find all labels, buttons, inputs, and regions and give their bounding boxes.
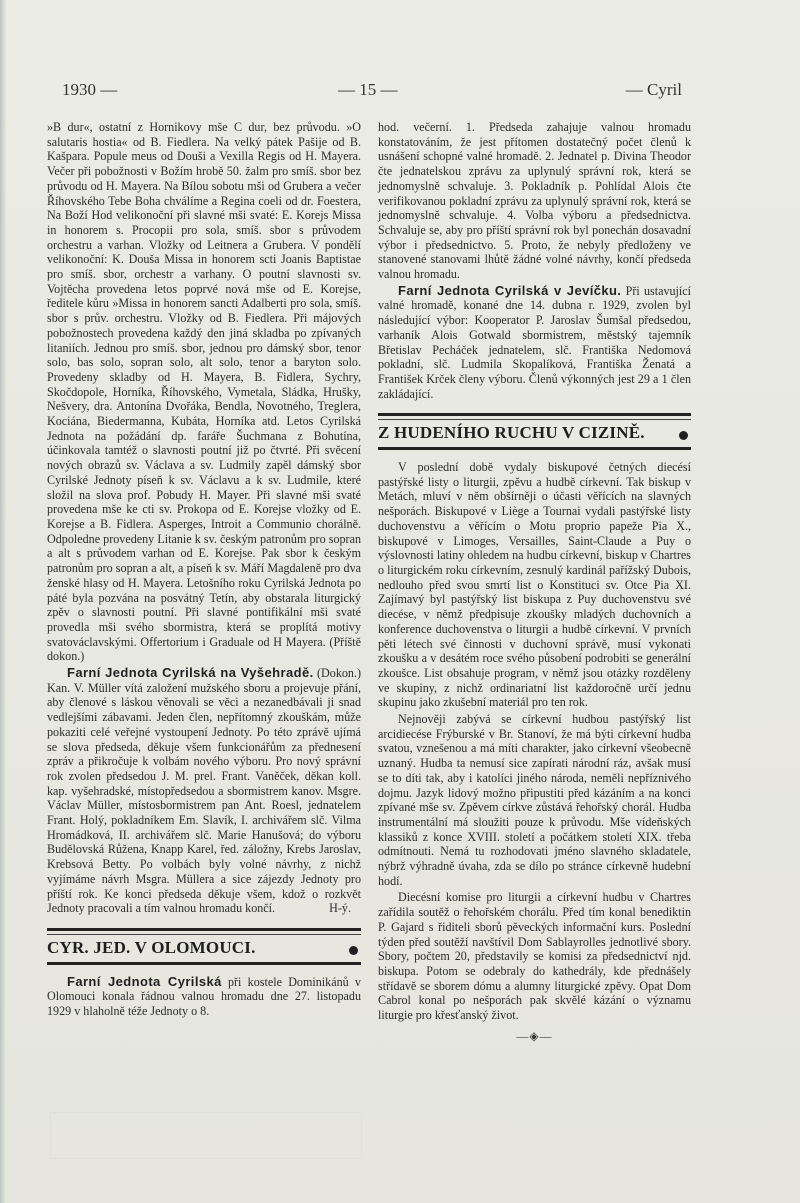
ornament-divider-icon: —◈— [378, 1029, 691, 1044]
bleed-through-box [50, 1112, 362, 1159]
article-text: (Dokon.) Kan. V. Müller vítá založení mu… [47, 666, 361, 915]
article-text: hod. večerní. 1. Předseda zahajuje valno… [378, 120, 691, 282]
article-jevicko: Farní Jednota Cyrilská v Jevíčku. Při us… [378, 284, 691, 402]
article-olomouc: Farní Jednota Cyrilská při kostele Domin… [47, 975, 361, 1019]
section-title: Z HUDENÍHO RUCHU V CIZINĚ. [378, 420, 691, 447]
left-column: »B dur«, ostatní z Hornikovy mše C dur, … [47, 120, 361, 1019]
article-text: Při ustavující valné hromadě, konané dne… [378, 284, 691, 401]
article-heading: Farní Jednota Cyrilská [67, 974, 222, 989]
article-text: »B dur«, ostatní z Hornikovy mše C dur, … [47, 120, 361, 664]
right-column: hod. večerní. 1. Předseda zahajuje valno… [378, 120, 691, 1043]
page-number: — 15 — [338, 80, 398, 100]
publication-name: — Cyril [626, 80, 682, 100]
running-head: 1930 — — 15 — — Cyril [62, 80, 682, 104]
article-text: Nejnověji zabývá se církevní hudbou past… [378, 712, 691, 888]
section-header-cizina: Z HUDENÍHO RUCHU V CIZINĚ. [378, 413, 691, 450]
article-text: Diecésní komise pro liturgii a církevní … [378, 890, 691, 1022]
section-header-olomouc: CYR. JED. V OLOMOUCI. [47, 928, 361, 965]
bullet-dot-icon [349, 946, 358, 955]
article-text: V poslední době vydaly biskupové četných… [378, 460, 691, 710]
newspaper-page: 1930 — — 15 — — Cyril »B dur«, ostatní z… [0, 0, 800, 1203]
article-heading: Farní Jednota Cyrilská v Jevíčku. [398, 283, 621, 298]
running-head-year: 1930 — [62, 80, 117, 100]
section-title: CYR. JED. V OLOMOUCI. [47, 935, 361, 962]
article-vysehrad: Farní Jednota Cyrilská na Vyšehradě. (Do… [47, 666, 361, 916]
page-edge [0, 0, 6, 1203]
article-heading: Farní Jednota Cyrilská na Vyšehradě. [67, 665, 314, 680]
